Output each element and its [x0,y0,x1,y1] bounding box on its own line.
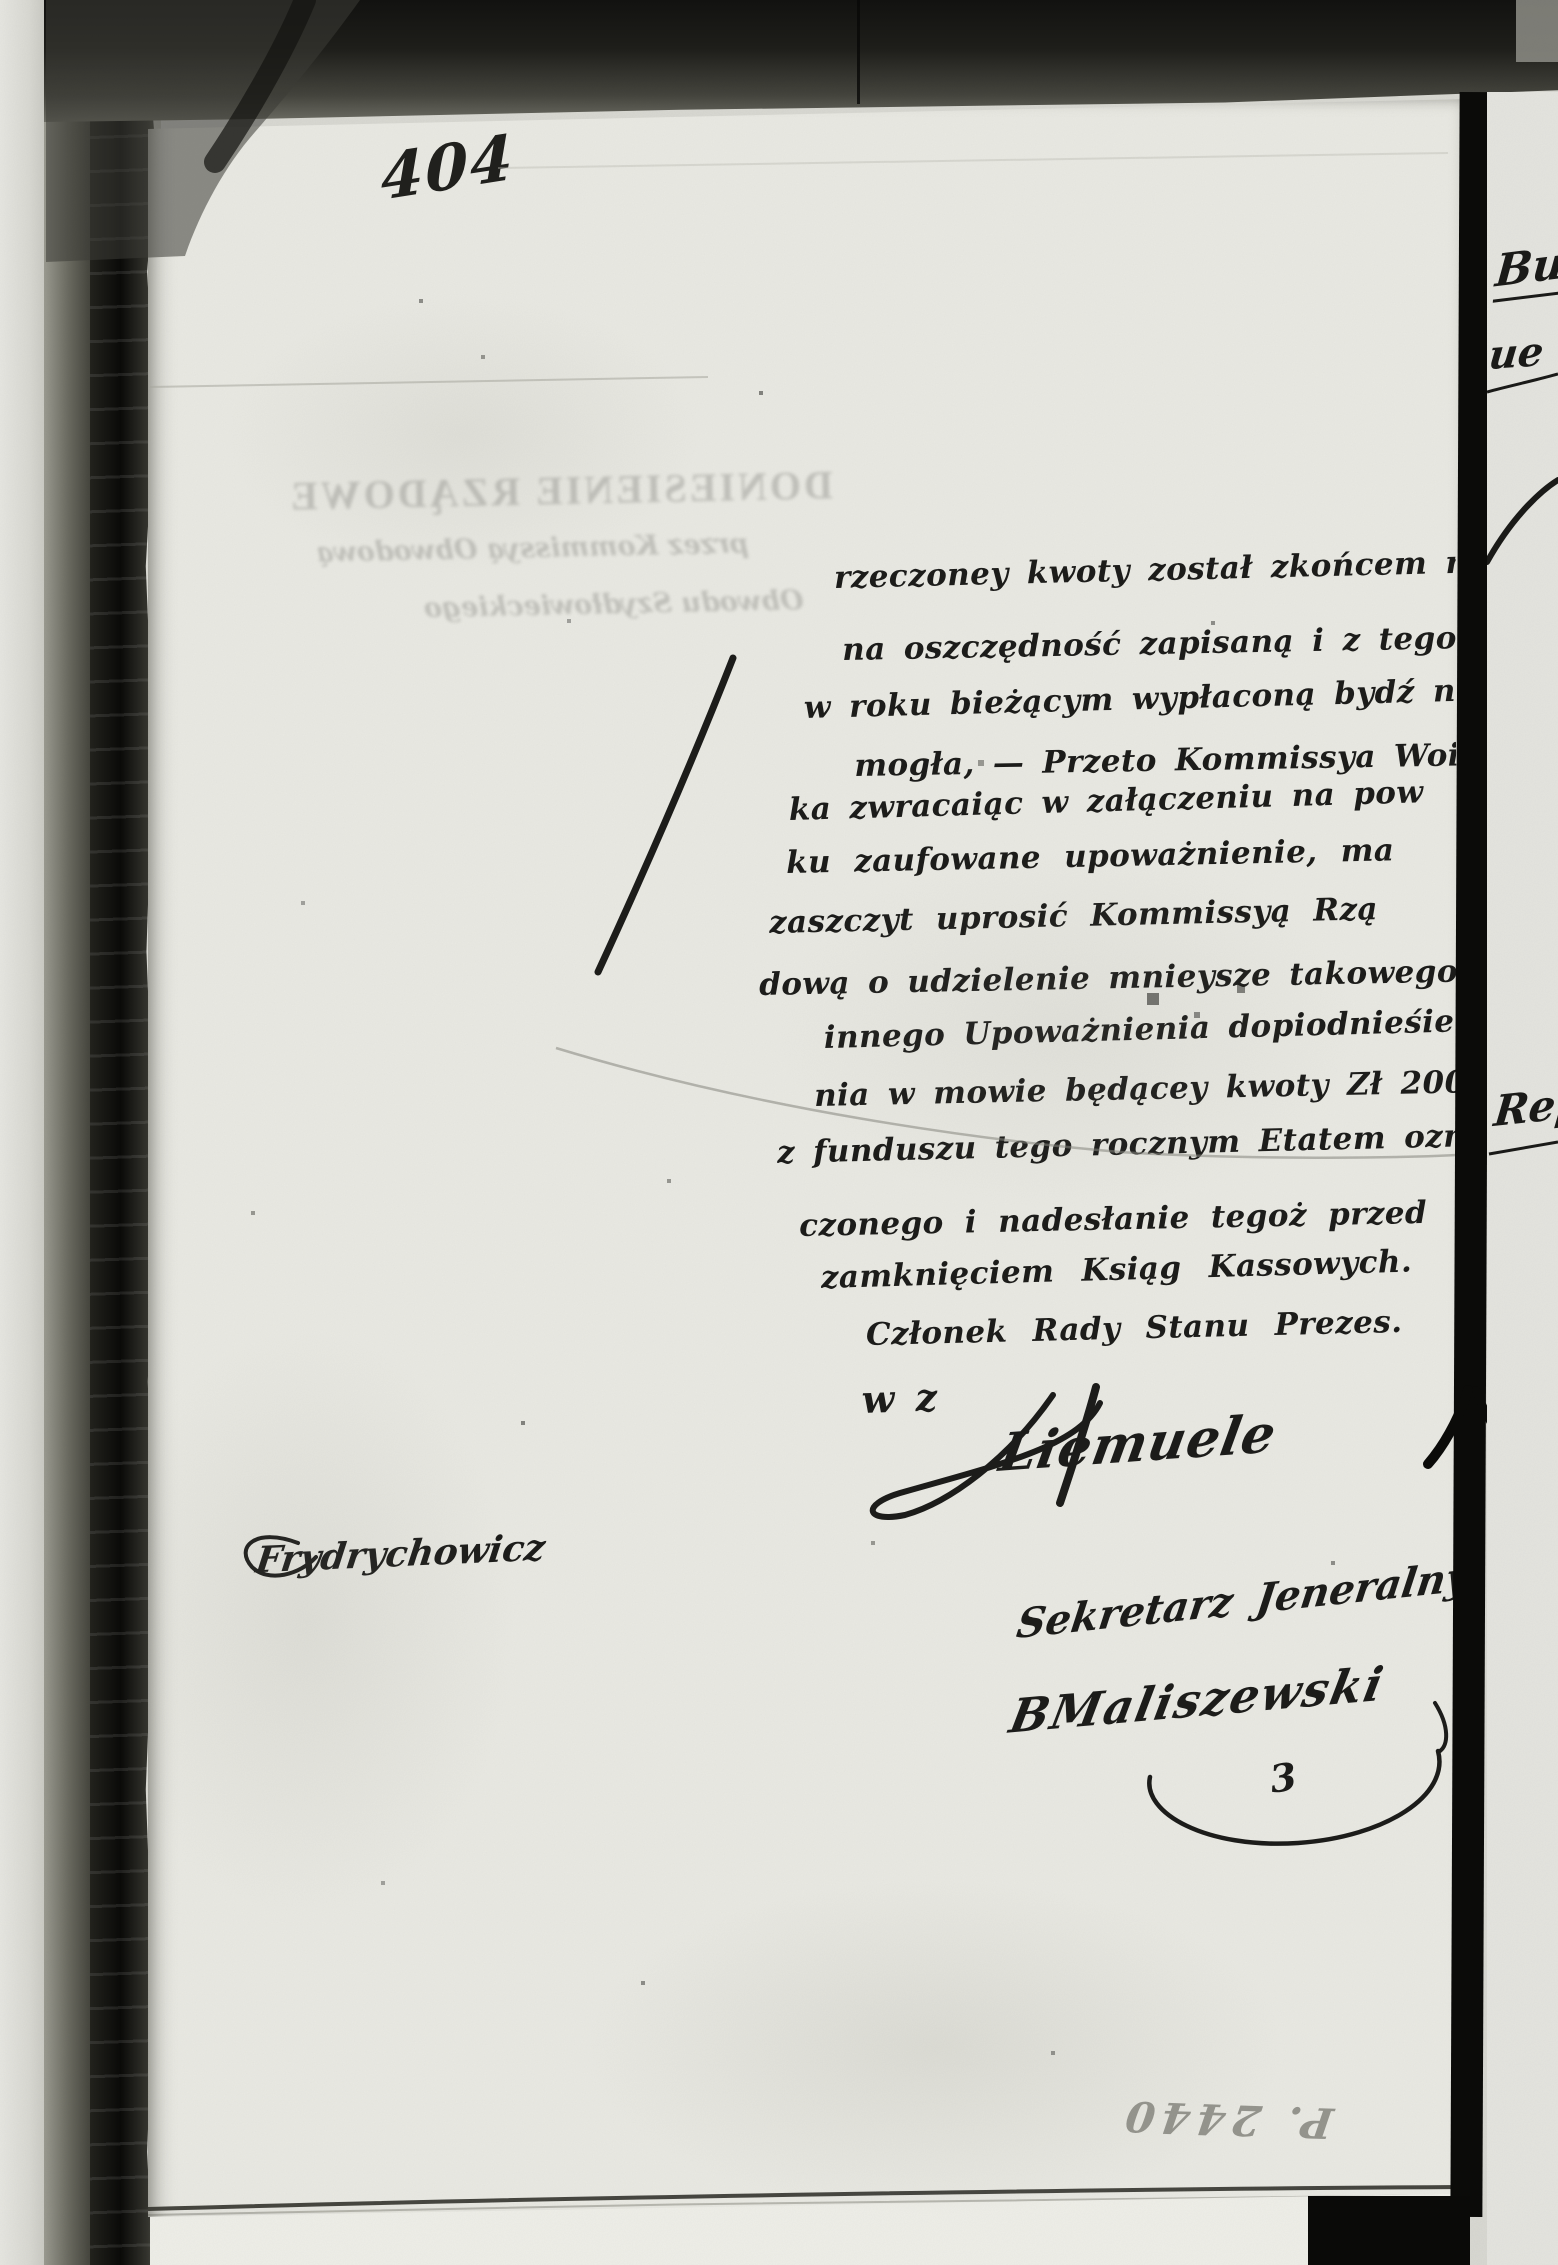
signature-secretary-role: Sekretarz Jeneralny [1014,1553,1472,1648]
facing-fragment-3: Rep [1492,1077,1558,1136]
signature-flourish-mark: 3 [1267,1753,1299,1801]
page-number: 404 [380,120,515,215]
facing-page-strokes [1487,92,1558,2265]
reference-slash-mark [598,658,733,972]
top-right-corner-patch [1516,0,1558,62]
bleedthrough-heading-line3: Obwodu Szydłowieckiego [424,585,804,624]
facing-fragment-2: ue [1487,328,1546,379]
facing-page-sliver: Bu ue Rep [1487,92,1558,2265]
facing-flourish [1487,480,1558,562]
paper-crease-2 [498,153,1448,168]
bleedthrough-heading-line2: przez Kommissyą Obwodową [316,528,749,568]
archival-mark-inverted: P. 2440 [1117,2091,1337,2147]
binding-texture [90,0,152,2265]
facing-fragment-1: Bu [1493,237,1558,302]
top-band-crease [857,0,860,104]
paper-crease-1 [150,377,708,387]
bleedthrough-heading-line1: DONIESIENIE RZĄDOWE [288,461,834,519]
handwritten-line-1: rzeczoney kwoty został zkońcem roku 18 [834,545,1457,620]
gutter-bottom-shadow [1308,2196,1470,2265]
flourish-tail [1435,1703,1446,1751]
manuscript-page: 404 DONIESIENIE RZĄDOWE przez Kommissyą … [148,95,1460,2217]
scanner-bed-strip [0,0,48,2265]
signature-left: Frydrychowicz [253,1527,547,1582]
scanned-document: 404 DONIESIENIE RZĄDOWE przez Kommissyą … [0,0,1558,2265]
signature-secretary-name: BMaliszewski [1005,1656,1389,1744]
facing-underline-2 [1489,1142,1558,1154]
